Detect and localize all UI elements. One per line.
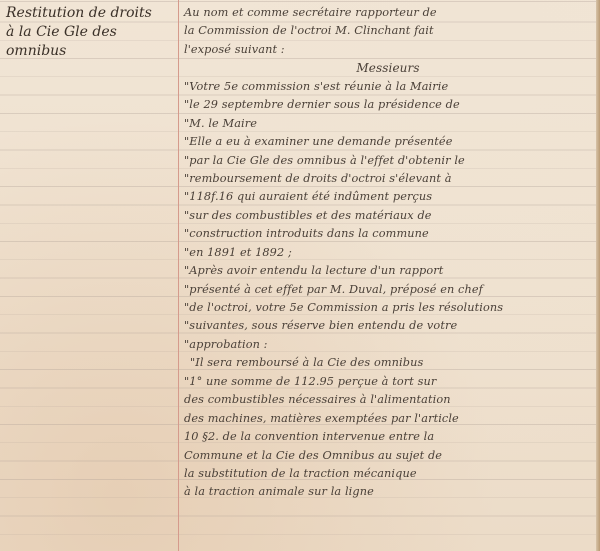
text-line: "en 1891 et 1892 ;: [184, 244, 592, 262]
text-line: "1° une somme de 112.95 perçue à tort su…: [184, 373, 592, 391]
text-line: "Après avoir entendu la lecture d'un rap…: [184, 262, 592, 280]
text-line: des combustibles nécessaires à l'aliment…: [184, 391, 592, 409]
text-line: "Il sera remboursé à la Cie des omnibus: [184, 354, 592, 372]
text-line: à la traction animale sur la ligne: [184, 483, 592, 501]
text-line: des machines, matières exemptées par l'a…: [184, 410, 592, 428]
margin-title-line-2: à la Cie Gle des omnibus: [6, 23, 176, 61]
text-line: "M. le Maire: [184, 115, 592, 133]
text-line: 10 §2. de la convention intervenue entre…: [184, 428, 592, 446]
text-line: "sur des combustibles et des matériaux d…: [184, 207, 592, 225]
text-line: "par la Cie Gle des omnibus à l'effet d'…: [184, 152, 592, 170]
text-line: "le 29 septembre dernier sous la préside…: [184, 96, 592, 114]
text-line: la Commission de l'octroi M. Clinchant f…: [184, 22, 592, 40]
margin-rule: [178, 0, 179, 551]
margin-title-line-1: Restitution de droits: [6, 4, 176, 23]
text-line: "approbation :: [184, 336, 592, 354]
text-line: "Votre 5e commission s'est réunie à la M…: [184, 78, 592, 96]
text-line: l'exposé suivant :: [184, 41, 592, 59]
text-line: Au nom et comme secrétaire rapporteur de: [184, 4, 592, 22]
text-line: "présenté à cet effet par M. Duval, prép…: [184, 281, 592, 299]
text-line: "Elle a eu à examiner une demande présen…: [184, 133, 592, 151]
text-line: Commune et la Cie des Omnibus au sujet d…: [184, 447, 592, 465]
salutation: Messieurs: [184, 59, 592, 77]
minutes-text: Au nom et comme secrétaire rapporteur de…: [184, 4, 592, 502]
register-page: Restitution de droits à la Cie Gle des o…: [0, 0, 600, 551]
text-line: "de l'octroi, votre 5e Commission a pris…: [184, 299, 592, 317]
page-edge: [596, 0, 600, 551]
margin-title: Restitution de droits à la Cie Gle des o…: [6, 4, 176, 61]
text-line: "suivantes, sous réserve bien entendu de…: [184, 317, 592, 335]
text-line: "remboursement de droits d'octroi s'élev…: [184, 170, 592, 188]
text-line: la substitution de la traction mécanique: [184, 465, 592, 483]
text-line: "construction introduits dans la commune: [184, 225, 592, 243]
text-line: "118f.16 qui auraient été indûment perçu…: [184, 188, 592, 206]
